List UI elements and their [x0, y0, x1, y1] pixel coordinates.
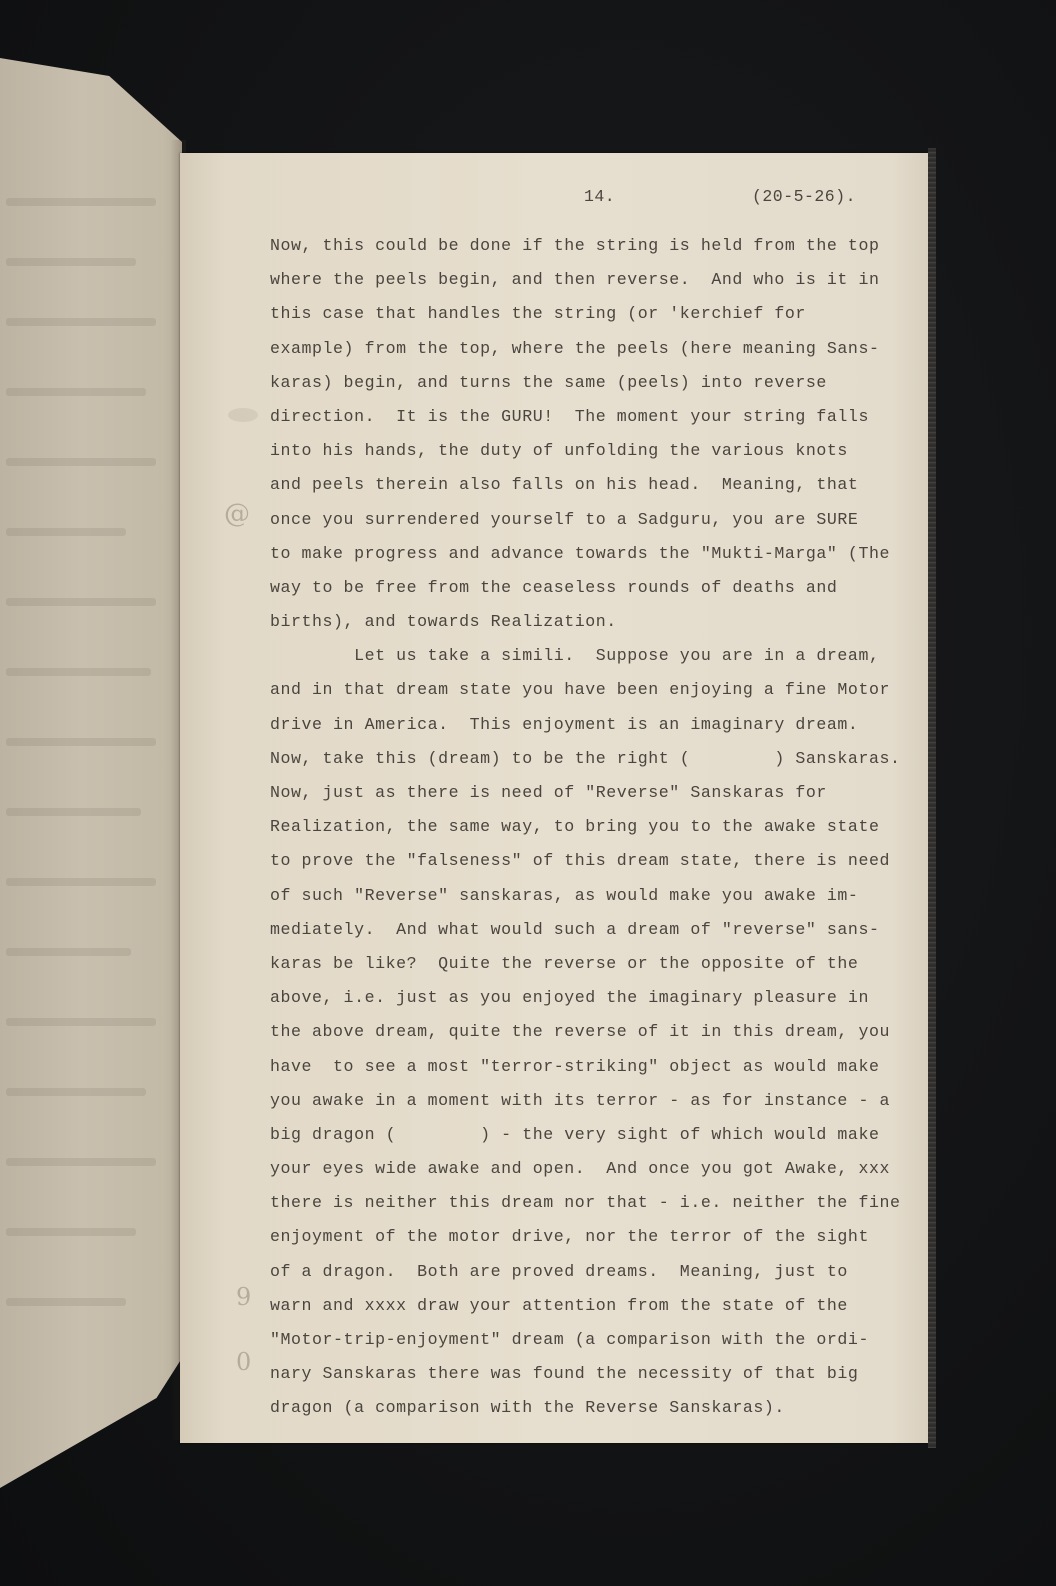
bleed-through-text — [6, 318, 156, 326]
text-line: to prove the "falseness" of this dream s… — [270, 844, 930, 878]
text-line: Realization, the same way, to bring you … — [270, 810, 930, 844]
text-line: Now, take this (dream) to be the right (… — [270, 742, 930, 776]
text-line: Now, just as there is need of "Reverse" … — [270, 776, 930, 810]
page-date: (20-5-26). — [752, 187, 856, 206]
pencil-margin-mark: 9 — [236, 1283, 251, 1311]
text-line: there is neither this dream nor that - i… — [270, 1186, 930, 1220]
text-line: of such "Reverse" sanskaras, as would ma… — [270, 879, 930, 913]
text-line: Now, this could be done if the string is… — [270, 229, 930, 263]
book-binding-edge — [928, 148, 936, 1448]
text-line: karas be like? Quite the reverse or the … — [270, 947, 930, 981]
circle-margin-mark: @ — [224, 499, 250, 529]
text-line: big dragon ( ) - the very sight of which… — [270, 1118, 930, 1152]
bleed-through-text — [6, 948, 131, 956]
text-line: direction. It is the GURU! The moment yo… — [270, 400, 930, 434]
body-text: Now, this could be done if the string is… — [270, 229, 930, 1426]
text-line: and in that dream state you have been en… — [270, 673, 930, 707]
text-line: and peels therein also falls on his head… — [270, 468, 930, 502]
text-line: once you surrendered yourself to a Sadgu… — [270, 503, 930, 537]
paper-smudge — [228, 408, 258, 422]
text-line: of a dragon. Both are proved dreams. Mea… — [270, 1255, 930, 1289]
text-line: nary Sanskaras there was found the neces… — [270, 1357, 930, 1391]
text-line: where the peels begin, and then reverse.… — [270, 263, 930, 297]
bleed-through-text — [6, 1298, 126, 1306]
text-line: dragon (a comparison with the Reverse Sa… — [270, 1391, 930, 1425]
typewritten-page: 14. (20-5-26). @ 9 0 Now, this could be … — [180, 153, 930, 1443]
bleed-through-text — [6, 528, 126, 536]
text-line: above, i.e. just as you enjoyed the imag… — [270, 981, 930, 1015]
bleed-through-text — [6, 1088, 146, 1096]
text-line: this case that handles the string (or 'k… — [270, 297, 930, 331]
bleed-through-text — [6, 258, 136, 266]
pencil-margin-mark: 0 — [236, 1348, 251, 1376]
bleed-through-text — [6, 1228, 136, 1236]
text-line: "Motor-trip-enjoyment" dream (a comparis… — [270, 1323, 930, 1357]
text-line: have to see a most "terror-striking" obj… — [270, 1050, 930, 1084]
left-facing-page — [0, 58, 182, 1488]
bleed-through-text — [6, 198, 156, 206]
text-line: drive in America. This enjoyment is an i… — [270, 708, 930, 742]
bleed-through-text — [6, 738, 156, 746]
text-line: your eyes wide awake and open. And once … — [270, 1152, 930, 1186]
text-line: warn and xxxx draw your attention from t… — [270, 1289, 930, 1323]
bleed-through-text — [6, 598, 156, 606]
text-line: mediately. And what would such a dream o… — [270, 913, 930, 947]
bleed-through-text — [6, 668, 151, 676]
bleed-through-text — [6, 878, 156, 886]
text-line: births), and towards Realization. — [270, 605, 930, 639]
text-line: into his hands, the duty of unfolding th… — [270, 434, 930, 468]
bleed-through-text — [6, 458, 156, 466]
bleed-through-text — [6, 388, 146, 396]
text-line: you awake in a moment with its terror - … — [270, 1084, 930, 1118]
text-line: the above dream, quite the reverse of it… — [270, 1015, 930, 1049]
text-line: example) from the top, where the peels (… — [270, 332, 930, 366]
bleed-through-text — [6, 1018, 156, 1026]
text-line: Let us take a simili. Suppose you are in… — [270, 639, 930, 673]
text-line: enjoyment of the motor drive, nor the te… — [270, 1220, 930, 1254]
page-number: 14. — [584, 187, 615, 206]
bleed-through-text — [6, 808, 141, 816]
page-header: 14. (20-5-26). — [180, 187, 930, 211]
bleed-through-text — [6, 1158, 156, 1166]
text-line: to make progress and advance towards the… — [270, 537, 930, 571]
text-line: karas) begin, and turns the same (peels)… — [270, 366, 930, 400]
text-line: way to be free from the ceaseless rounds… — [270, 571, 930, 605]
